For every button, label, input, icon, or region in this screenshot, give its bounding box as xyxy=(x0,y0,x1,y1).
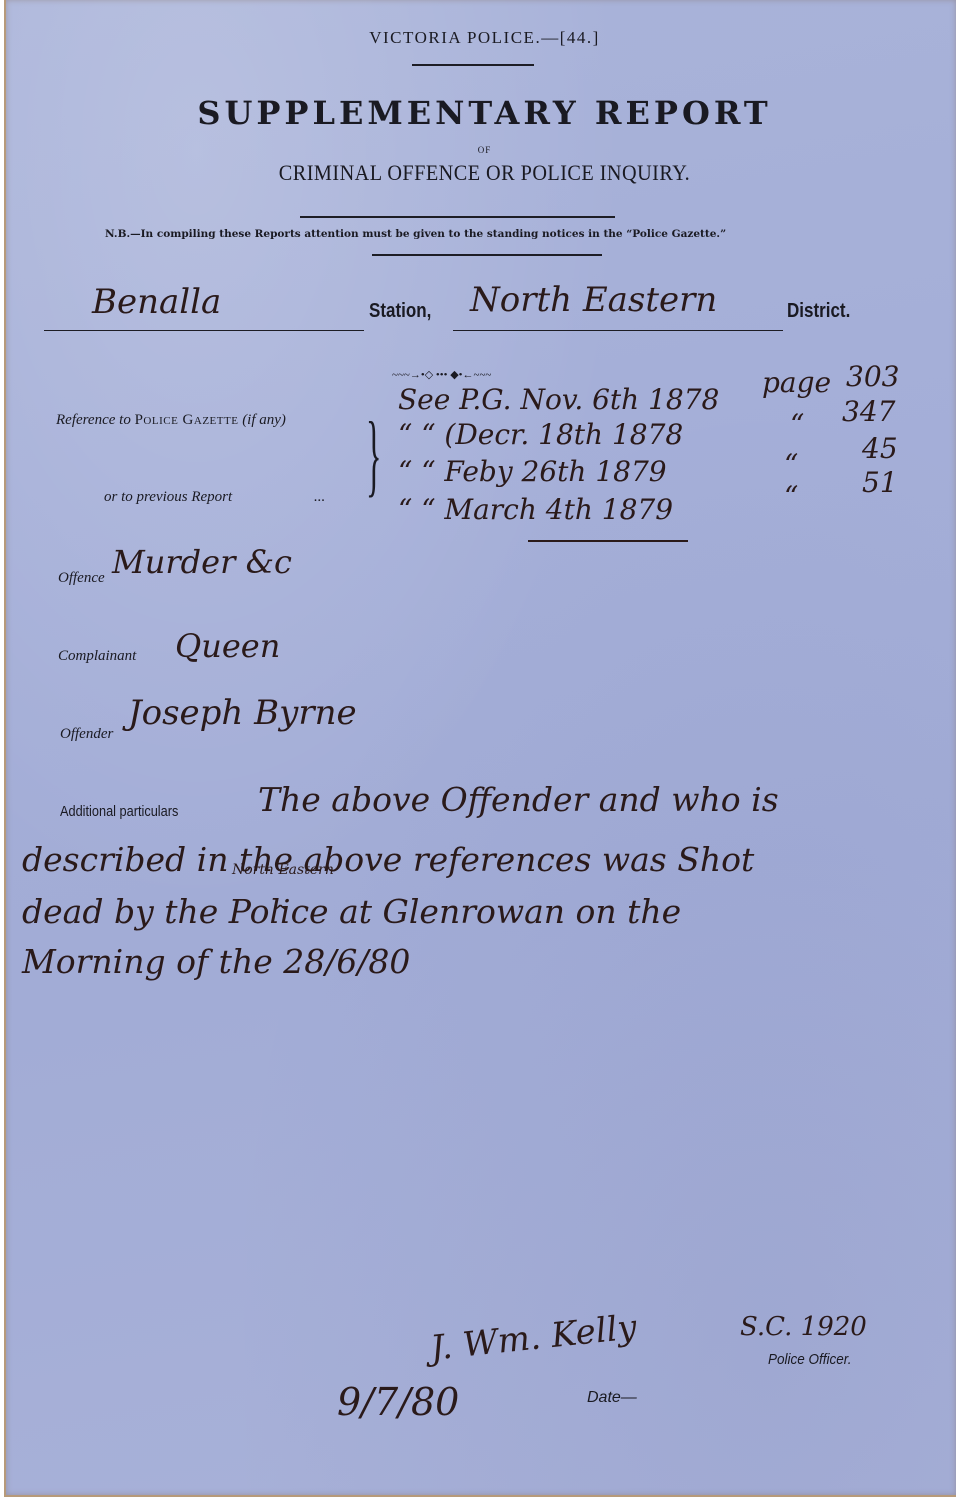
reference-entry-page-label: “ xyxy=(790,408,804,441)
form-heading: VICTORIA POLICE.—[44.] xyxy=(0,28,969,48)
offender-label: Offender xyxy=(60,726,113,743)
district-field-line xyxy=(453,330,783,331)
title-of: OF xyxy=(0,145,969,155)
reference-entry-text: “ “ March 4th 1879 xyxy=(398,493,673,526)
complainant-label: Complainant xyxy=(58,648,136,665)
additional-particulars-label: Additional particulars xyxy=(60,803,178,820)
station-label: Station, xyxy=(369,300,431,323)
reference-entry-page: 45 xyxy=(862,432,898,465)
additional-line: The above Offender and who is xyxy=(258,780,779,819)
date-label: Date— xyxy=(587,1389,637,1407)
reference-label-suffix: (if any) xyxy=(238,412,285,428)
page-title: SUPPLEMENTARY REPORT xyxy=(0,94,969,132)
reference-entry-page-label: “ xyxy=(784,448,798,481)
reference-entry-text: “ “ Feby 26th 1879 xyxy=(398,455,667,488)
offence-label: Offence xyxy=(58,570,105,587)
district-label: District. xyxy=(787,300,850,323)
report-form-paper xyxy=(4,0,956,1497)
officer-rank-number: S.C. 1920 xyxy=(740,1312,867,1342)
leader-dots: ... xyxy=(314,489,325,505)
station-field-line xyxy=(44,330,364,331)
inserted-text: North Eastern xyxy=(232,862,334,878)
station-value: Benalla xyxy=(92,282,221,322)
reference-entry-page: 51 xyxy=(862,466,898,499)
previous-report-label: or to previous Report ... xyxy=(104,489,325,506)
additional-line: Morning of the 28/6/80 xyxy=(22,942,410,981)
reference-entry-page: 303 xyxy=(846,360,899,393)
subtitle-divider xyxy=(300,216,615,218)
brace-icon: } xyxy=(366,408,381,500)
reference-entry-page-label: page xyxy=(762,366,831,399)
date-value: 9/7/80 xyxy=(337,1380,459,1424)
reference-entry-page-label: “ xyxy=(784,480,798,513)
reference-entry-text: See P.G. Nov. 6th 1878 xyxy=(398,383,719,416)
reference-label-gazette: Police Gazette xyxy=(135,412,239,428)
insertion-caret-icon: ^ xyxy=(272,900,289,924)
reference-entry-text: “ “ (Decr. 18th 1878 xyxy=(398,418,683,451)
additional-line: dead by the Police at Glenrowan on the xyxy=(22,892,681,931)
district-value: North Eastern xyxy=(470,280,717,320)
gazette-notice: N.B.—In compiling these Reports attentio… xyxy=(105,228,726,240)
ornament-divider-icon: ~~~→•◇ ••• ◆•←~~~ xyxy=(392,368,491,381)
page-subtitle: CRIMINAL OFFENCE OR POLICE INQUIRY. xyxy=(39,160,930,186)
offender-value: Joseph Byrne xyxy=(128,693,357,733)
police-officer-label: Police Officer. xyxy=(768,1351,852,1368)
reference-underline xyxy=(528,540,688,542)
reference-gazette-label: Reference to Police Gazette (if any) xyxy=(56,412,286,429)
notice-divider xyxy=(372,254,602,256)
reference-label-prefix: Reference to xyxy=(56,412,135,428)
complainant-value: Queen xyxy=(175,627,280,665)
additional-line: described in the above references was Sh… xyxy=(22,840,754,879)
previous-report-text: or to previous Report xyxy=(104,489,232,505)
header-divider xyxy=(412,64,534,66)
reference-entry-page: 347 xyxy=(842,395,895,428)
offence-value: Murder &c xyxy=(112,543,292,581)
